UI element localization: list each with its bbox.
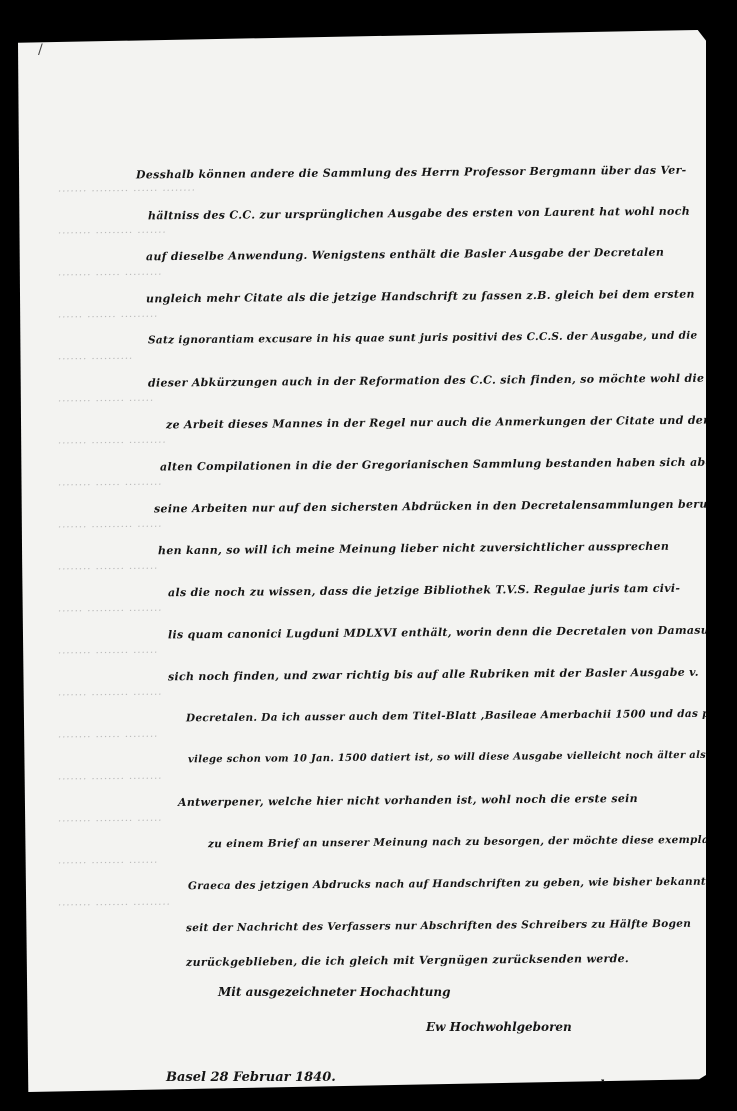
closing-phrase: Mit ausgezeichneter Hochachtung	[218, 985, 450, 999]
bleed-through-text: ········ ········ ······	[58, 648, 158, 660]
bleed-through-text: ······· ········ ·········	[58, 438, 167, 450]
bleed-through-text: ······· ········· ······ ········	[58, 186, 196, 198]
salutation: Ew Hochwohlgeboren	[426, 1020, 572, 1034]
letter-line: als die noch zu wissen, dass die jetzige…	[168, 582, 680, 599]
letter-line: seine Arbeiten nur auf den sichersten Ab…	[154, 498, 713, 516]
bleed-through-text: ········ ········ ·········	[58, 900, 171, 912]
bleed-through-text: ······· ········ ·······	[58, 858, 158, 870]
letter-line: Decretalen. Da ich ausser auch dem Titel…	[186, 708, 725, 725]
letter-line: zu einem Brief an unserer Meinung nach z…	[208, 834, 726, 851]
bleed-through-text: ········ ······ ········	[58, 732, 158, 744]
letter-line: seit der Nachricht des Verfassers nur Ab…	[186, 918, 691, 934]
letter-line: alten Compilationen in die der Gregorian…	[160, 456, 719, 474]
letter-line: sich noch finden, und zwar richtig bis a…	[168, 666, 699, 684]
letter-line: Satz ignorantiam excusare in his quae su…	[148, 330, 698, 347]
bleed-through-text: ········ ······ ·········	[58, 270, 163, 282]
signature-line-1: ganz gehorsamster	[548, 1078, 676, 1092]
letter-line: zurückgeblieben, die ich gleich mit Verg…	[186, 952, 629, 969]
letter-line: vilege schon vom 10 Jan. 1500 datiert is…	[188, 750, 728, 766]
letter-line: ungleich mehr Citate als die jetzige Han…	[146, 288, 695, 306]
bleed-through-text: ······· ········· ·······	[58, 690, 163, 702]
letter-line: auf dieselbe Anwendung. Wenigstens enthä…	[146, 246, 664, 264]
signature-line-2: Laurentius.	[558, 1100, 635, 1111]
letter-line: hen kann, so will ich meine Meinung lieb…	[158, 540, 669, 557]
bleed-through-text: ········ ······· ·······	[58, 564, 158, 576]
letter-line: Desshalb können andere die Sammlung des …	[136, 164, 687, 182]
letter-line: dieser Abkürzungen auch in der Reformati…	[148, 371, 737, 389]
letter-page: / ······· ········· ······ ········ ····…	[18, 30, 706, 1092]
letter-line: Antwerpener, welche hier nicht vorhanden…	[178, 792, 638, 809]
bleed-through-text: ········ ······· ······	[58, 396, 154, 408]
corner-mark: /	[38, 42, 43, 58]
place-date: Basel 28 Februar 1840.	[166, 1070, 336, 1085]
bleed-through-text: ······· ········ ········	[58, 774, 163, 786]
bleed-through-text: ······· ··········	[58, 354, 133, 366]
bleed-through-text: ······· ·········· ······	[58, 522, 163, 534]
bleed-through-text: ······ ········· ········	[58, 606, 163, 618]
bleed-through-text: ········ ········· ·······	[58, 228, 167, 240]
letter-line: hältniss des C.C. zur ursprünglichen Aus…	[148, 205, 690, 223]
bleed-through-text: ······ ······· ·········	[58, 312, 158, 324]
letter-line: Graeca des jetzigen Abdrucks nach auf Ha…	[188, 876, 706, 893]
bleed-through-text: ········ ······ ·········	[58, 480, 163, 492]
bleed-through-text: ········ ········· ······	[58, 816, 163, 828]
letter-line: ze Arbeit dieses Mannes in der Regel nur…	[166, 414, 709, 432]
letter-line: lis quam canonici Lugduni MDLXVI enthält…	[168, 624, 716, 642]
